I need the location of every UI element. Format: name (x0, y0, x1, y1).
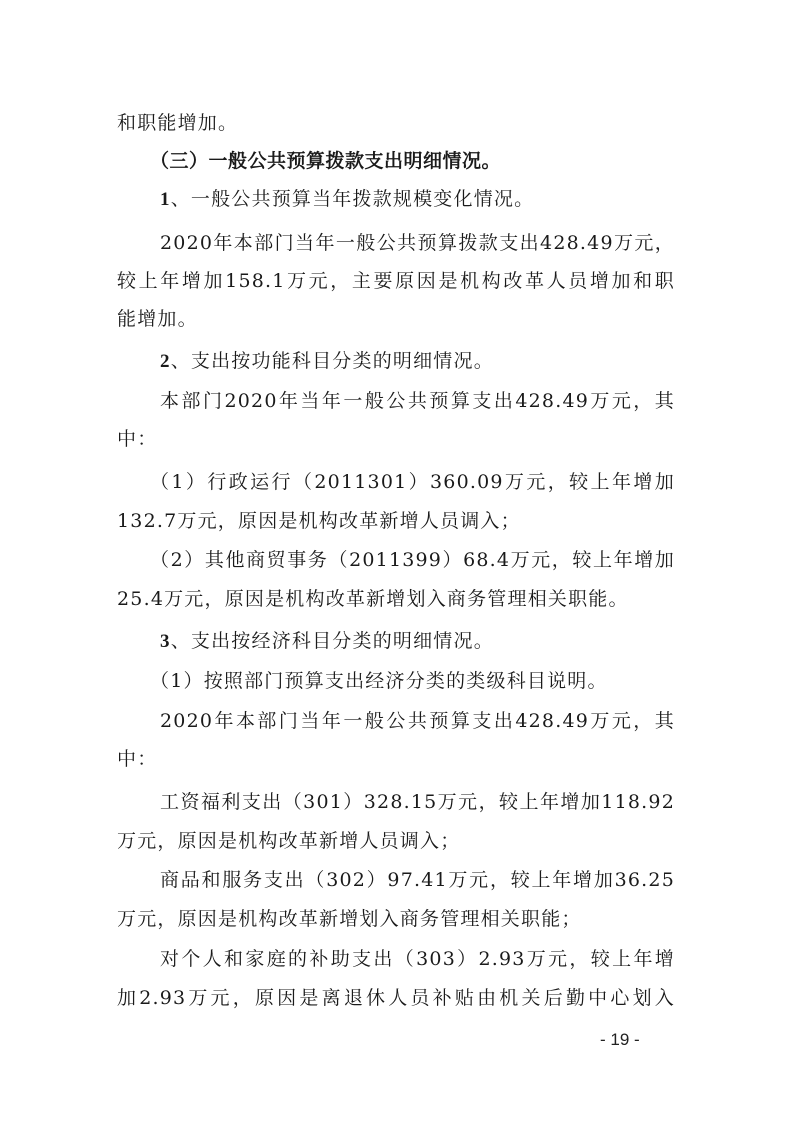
page-number: - 19 - (600, 1030, 640, 1050)
paragraph-line: 132.7万元，原因是机构改革新增人员调入； (117, 509, 675, 533)
paragraph-line: 2020年本部门当年一般公共预算拨款支出428.49万元， (160, 231, 675, 255)
paragraph-line: （1）按照部门预算支出经济分类的类级科目说明。 (150, 669, 708, 693)
subheading: 1、一般公共预算当年拨款规模变化情况。 (160, 187, 675, 212)
document-page: 和职能增加。 （三）一般公共预算拨款支出明细情况。 1、一般公共预算当年拨款规模… (0, 0, 793, 1122)
subheading-number: 1 (160, 189, 171, 210)
subheading-text: 、支出按经济科目分类的明细情况。 (171, 630, 494, 652)
paragraph-line: （1）行政运行（2011301）360.09万元，较上年增加 (150, 470, 675, 494)
subheading-text: 、一般公共预算当年拨款规模变化情况。 (171, 188, 535, 210)
section-heading: （三）一般公共预算拨款支出明细情况。 (150, 149, 708, 173)
paragraph-line: 本部门2020年当年一般公共预算支出428.49万元，其 (160, 389, 675, 413)
subheading-number: 2 (160, 351, 171, 372)
paragraph-line: 较上年增加158.1万元，主要原因是机构改革人员增加和职 (117, 269, 675, 293)
paragraph-line: 万元，原因是机构改革新增划入商务管理相关职能； (117, 907, 675, 931)
paragraph-line: 商品和服务支出（302）97.41万元，较上年增加36.25 (160, 868, 675, 892)
subheading: 3、支出按经济科目分类的明细情况。 (160, 629, 675, 654)
paragraph-line: 25.4万元，原因是机构改革新增划入商务管理相关职能。 (117, 587, 675, 611)
paragraph-line: 和职能增加。 (117, 111, 675, 135)
paragraph-line: 对个人和家庭的补助支出（303）2.93万元，较上年增 (160, 947, 675, 971)
paragraph-line: 能增加。 (117, 307, 675, 331)
paragraph-line: 中： (117, 427, 675, 451)
paragraph-line: 加2.93万元，原因是离退休人员补贴由机关后勤中心划入 (117, 986, 675, 1010)
paragraph-line: 2020年本部门当年一般公共预算支出428.49万元，其 (160, 709, 675, 733)
subheading: 2、支出按功能科目分类的明细情况。 (160, 349, 675, 374)
paragraph-line: 工资福利支出（301）328.15万元，较上年增加118.92 (160, 790, 675, 814)
subheading-number: 3 (160, 631, 171, 652)
paragraph-line: （2）其他商贸事务（2011399）68.4万元，较上年增加 (150, 548, 675, 572)
paragraph-line: 中： (117, 747, 675, 771)
paragraph-line: 万元，原因是机构改革新增人员调入； (117, 829, 675, 853)
subheading-text: 、支出按功能科目分类的明细情况。 (171, 350, 494, 372)
